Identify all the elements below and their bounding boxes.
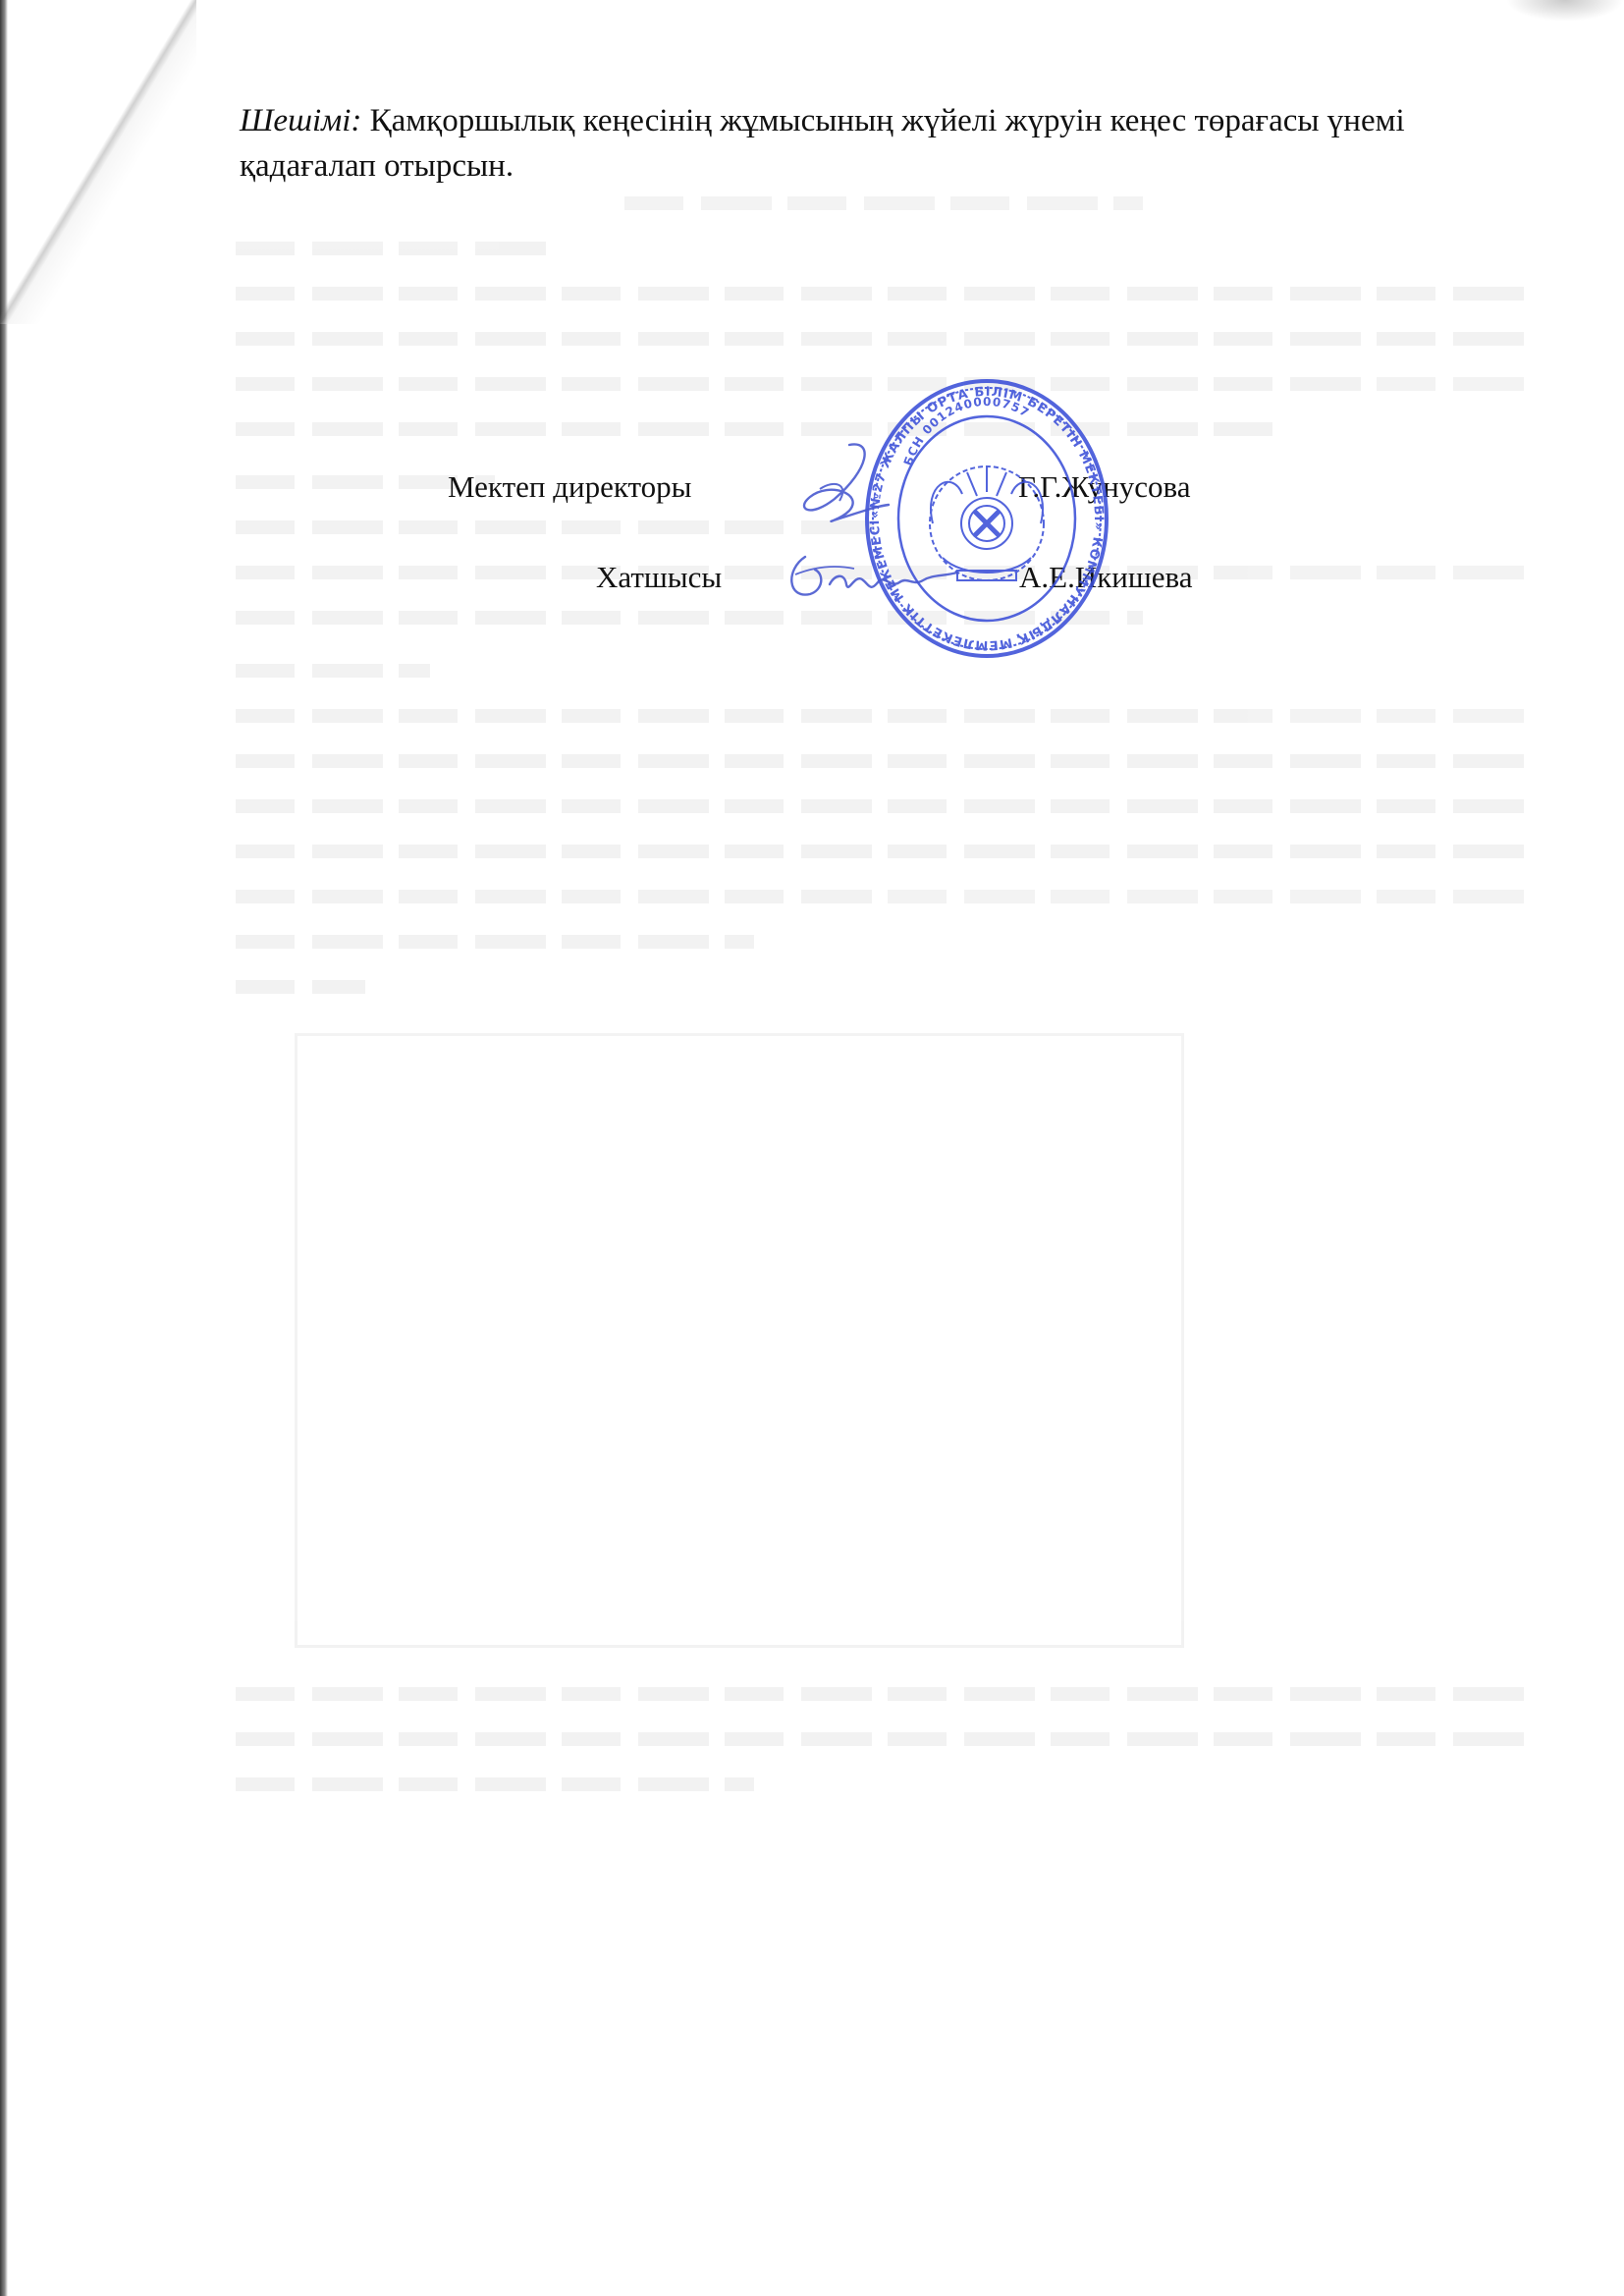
scan-top-right-shadow	[1506, 0, 1624, 22]
director-title: Мектеп директоры	[448, 467, 691, 507]
secretary-signature-icon	[776, 545, 962, 614]
decision-label: Шешімі:	[240, 103, 361, 138]
decision-paragraph: Шешімі: Қамқоршылық кеңесінің жұмысының …	[240, 98, 1536, 189]
secretary-title: Хатшысы	[596, 558, 722, 597]
scan-fold-shadow	[0, 0, 196, 324]
decision-text: Қамқоршылық кеңесінің жұмысының жүйелі ж…	[240, 103, 1405, 184]
director-signature-icon	[781, 440, 898, 538]
official-stamp-icon: «№27 ЖАЛПЫ ОРТА БІЛІМ БЕРЕТІН МЕКТЕБІ» К…	[864, 376, 1110, 661]
scan-left-edge-shadow	[0, 0, 8, 2296]
